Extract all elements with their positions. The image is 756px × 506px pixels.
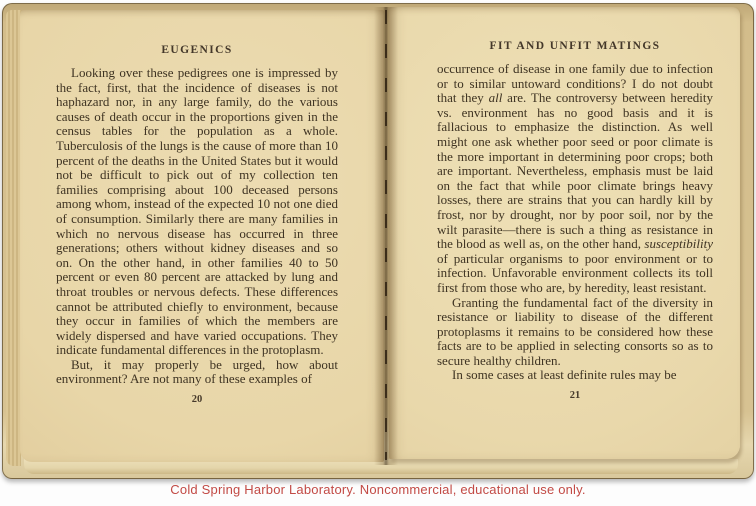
italic-word-susceptibility: susceptibility bbox=[644, 236, 713, 251]
page-number-right: 21 bbox=[437, 390, 713, 401]
right-page-text-column: FIT AND UNFIT MATINGS occurrence of dise… bbox=[437, 40, 713, 401]
right-p1-segment-3: of particular organisms to poor environm… bbox=[437, 251, 713, 295]
left-paragraph-1: Looking over these pedigrees one is impr… bbox=[56, 66, 338, 358]
right-paragraph-1: occurrence of disease in one family due … bbox=[437, 62, 713, 296]
running-head-left: EUGENICS bbox=[56, 44, 338, 56]
attribution-caption: Cold Spring Harbor Laboratory. Noncommer… bbox=[0, 482, 756, 497]
left-page-edge-stack bbox=[6, 10, 21, 466]
spine-crease-line bbox=[385, 10, 387, 460]
left-paragraph-2: But, it may properly be urged, how about… bbox=[56, 358, 338, 387]
right-paragraph-2: Granting the fundamental fact of the div… bbox=[437, 296, 713, 369]
italic-word-all: all bbox=[489, 90, 503, 105]
right-p1-segment-2: are. The controversy between heredity vs… bbox=[437, 90, 713, 251]
right-paragraph-3: In some cases at least definite rules ma… bbox=[437, 368, 713, 383]
left-page-text-column: EUGENICS Looking over these pedigrees on… bbox=[56, 44, 338, 405]
book-scan-photo: EUGENICS Looking over these pedigrees on… bbox=[0, 0, 756, 506]
page-number-left: 20 bbox=[56, 394, 338, 405]
running-head-right: FIT AND UNFIT MATINGS bbox=[437, 40, 713, 52]
